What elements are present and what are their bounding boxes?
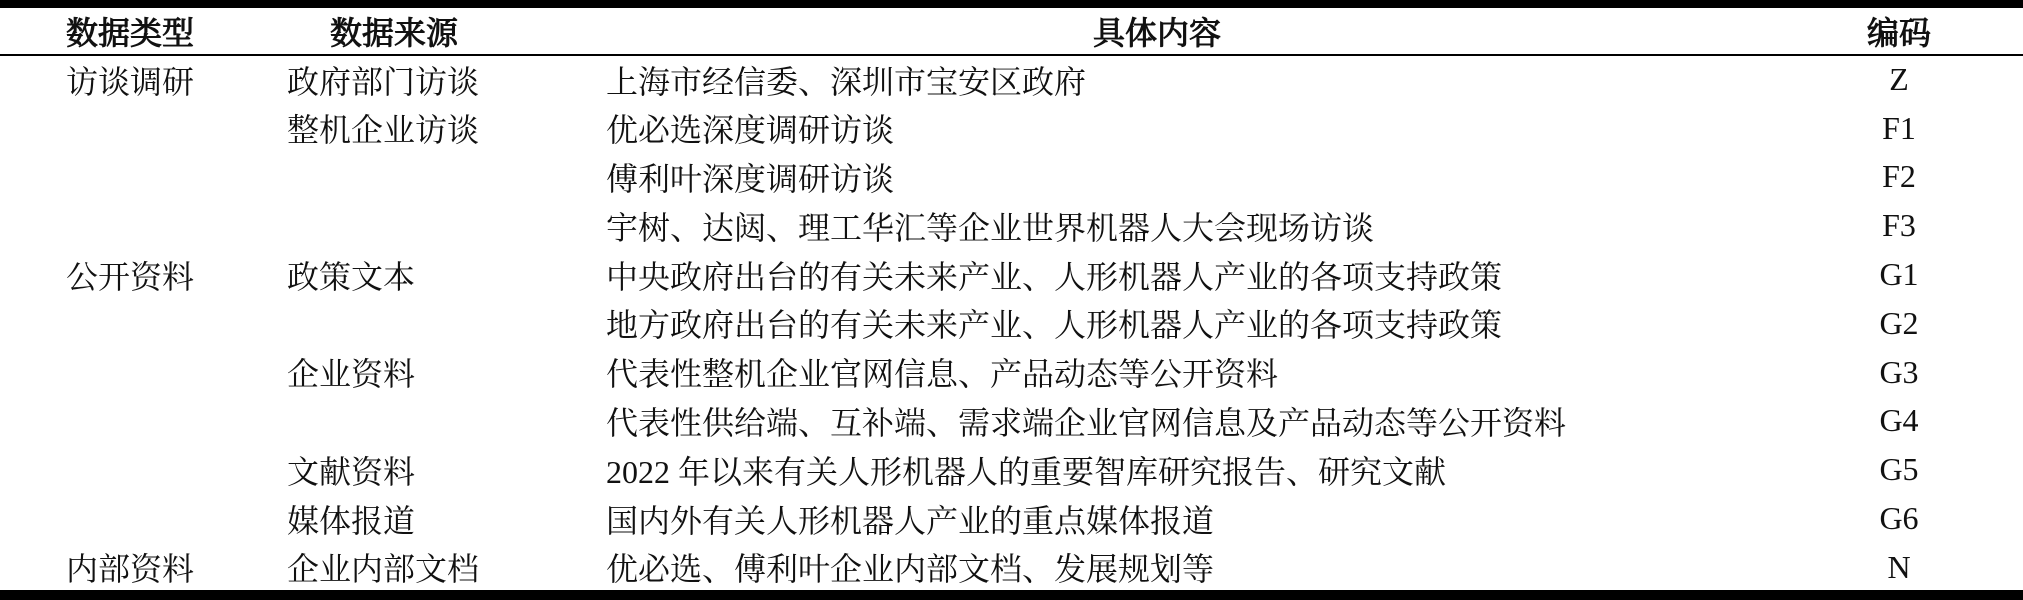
table-row: 整机企业访谈优必选深度调研访谈F1 <box>0 104 2023 153</box>
cell-type: 公开资料 <box>0 250 250 299</box>
cell-content: 上海市经信委、深圳市宝安区政府 <box>598 55 1775 104</box>
table-body: 访谈调研政府部门访谈上海市经信委、深圳市宝安区政府Z整机企业访谈优必选深度调研访… <box>0 55 2023 592</box>
cell-source: 企业内部文档 <box>250 543 598 592</box>
cell-code: G6 <box>1775 494 2023 543</box>
column-header-data-type: 数据类型 <box>0 8 250 55</box>
cell-source: 企业资料 <box>250 348 598 397</box>
cell-source <box>250 153 598 202</box>
table-row: 内部资料企业内部文档优必选、傅利叶企业内部文档、发展规划等N <box>0 543 2023 592</box>
cell-code: G2 <box>1775 299 2023 348</box>
cell-code: G3 <box>1775 348 2023 397</box>
table-row: 媒体报道国内外有关人形机器人产业的重点媒体报道G6 <box>0 494 2023 543</box>
table-row: 傅利叶深度调研访谈F2 <box>0 153 2023 202</box>
cell-content: 地方政府出台的有关未来产业、人形机器人产业的各项支持政策 <box>598 299 1775 348</box>
data-sources-table: 数据类型数据来源具体内容编码 访谈调研政府部门访谈上海市经信委、深圳市宝安区政府… <box>0 8 2023 592</box>
cell-content: 优必选深度调研访谈 <box>598 104 1775 153</box>
cell-content: 宇树、达闼、理工华汇等企业世界机器人大会现场访谈 <box>598 201 1775 250</box>
cell-content: 优必选、傅利叶企业内部文档、发展规划等 <box>598 543 1775 592</box>
cell-content: 2022 年以来有关人形机器人的重要智库研究报告、研究文献 <box>598 445 1775 494</box>
cell-source: 媒体报道 <box>250 494 598 543</box>
cell-type <box>0 153 250 202</box>
table-row: 企业资料代表性整机企业官网信息、产品动态等公开资料G3 <box>0 348 2023 397</box>
cell-source: 整机企业访谈 <box>250 104 598 153</box>
cell-code: N <box>1775 543 2023 592</box>
cell-source <box>250 397 598 446</box>
column-header-code: 编码 <box>1775 8 2023 55</box>
cell-source: 文献资料 <box>250 445 598 494</box>
cell-source: 政策文本 <box>250 250 598 299</box>
cell-type: 内部资料 <box>0 543 250 592</box>
cell-type <box>0 201 250 250</box>
cell-source <box>250 299 598 348</box>
column-header-data-source: 数据来源 <box>250 8 598 55</box>
cell-code: Z <box>1775 55 2023 104</box>
cell-source: 政府部门访谈 <box>250 55 598 104</box>
cell-type <box>0 104 250 153</box>
cell-code: F1 <box>1775 104 2023 153</box>
cell-source <box>250 201 598 250</box>
cell-content: 傅利叶深度调研访谈 <box>598 153 1775 202</box>
cell-code: G4 <box>1775 397 2023 446</box>
table-row: 地方政府出台的有关未来产业、人形机器人产业的各项支持政策G2 <box>0 299 2023 348</box>
table-row: 访谈调研政府部门访谈上海市经信委、深圳市宝安区政府Z <box>0 55 2023 104</box>
cell-code: F3 <box>1775 201 2023 250</box>
table-row: 公开资料政策文本中央政府出台的有关未来产业、人形机器人产业的各项支持政策G1 <box>0 250 2023 299</box>
header-row: 数据类型数据来源具体内容编码 <box>0 8 2023 55</box>
table-row: 文献资料2022 年以来有关人形机器人的重要智库研究报告、研究文献G5 <box>0 445 2023 494</box>
cell-type <box>0 494 250 543</box>
cell-type <box>0 445 250 494</box>
cell-code: F2 <box>1775 153 2023 202</box>
cell-type <box>0 397 250 446</box>
column-header-content: 具体内容 <box>598 8 1775 55</box>
cell-content: 中央政府出台的有关未来产业、人形机器人产业的各项支持政策 <box>598 250 1775 299</box>
cell-content: 代表性整机企业官网信息、产品动态等公开资料 <box>598 348 1775 397</box>
cell-content: 代表性供给端、互补端、需求端企业官网信息及产品动态等公开资料 <box>598 397 1775 446</box>
paper-table-figure: 数据类型数据来源具体内容编码 访谈调研政府部门访谈上海市经信委、深圳市宝安区政府… <box>0 0 2023 600</box>
cell-code: G1 <box>1775 250 2023 299</box>
cell-type: 访谈调研 <box>0 55 250 104</box>
table-row: 代表性供给端、互补端、需求端企业官网信息及产品动态等公开资料G4 <box>0 397 2023 446</box>
cell-type <box>0 348 250 397</box>
cell-type <box>0 299 250 348</box>
cell-code: G5 <box>1775 445 2023 494</box>
table-row: 宇树、达闼、理工华汇等企业世界机器人大会现场访谈F3 <box>0 201 2023 250</box>
cell-content: 国内外有关人形机器人产业的重点媒体报道 <box>598 494 1775 543</box>
